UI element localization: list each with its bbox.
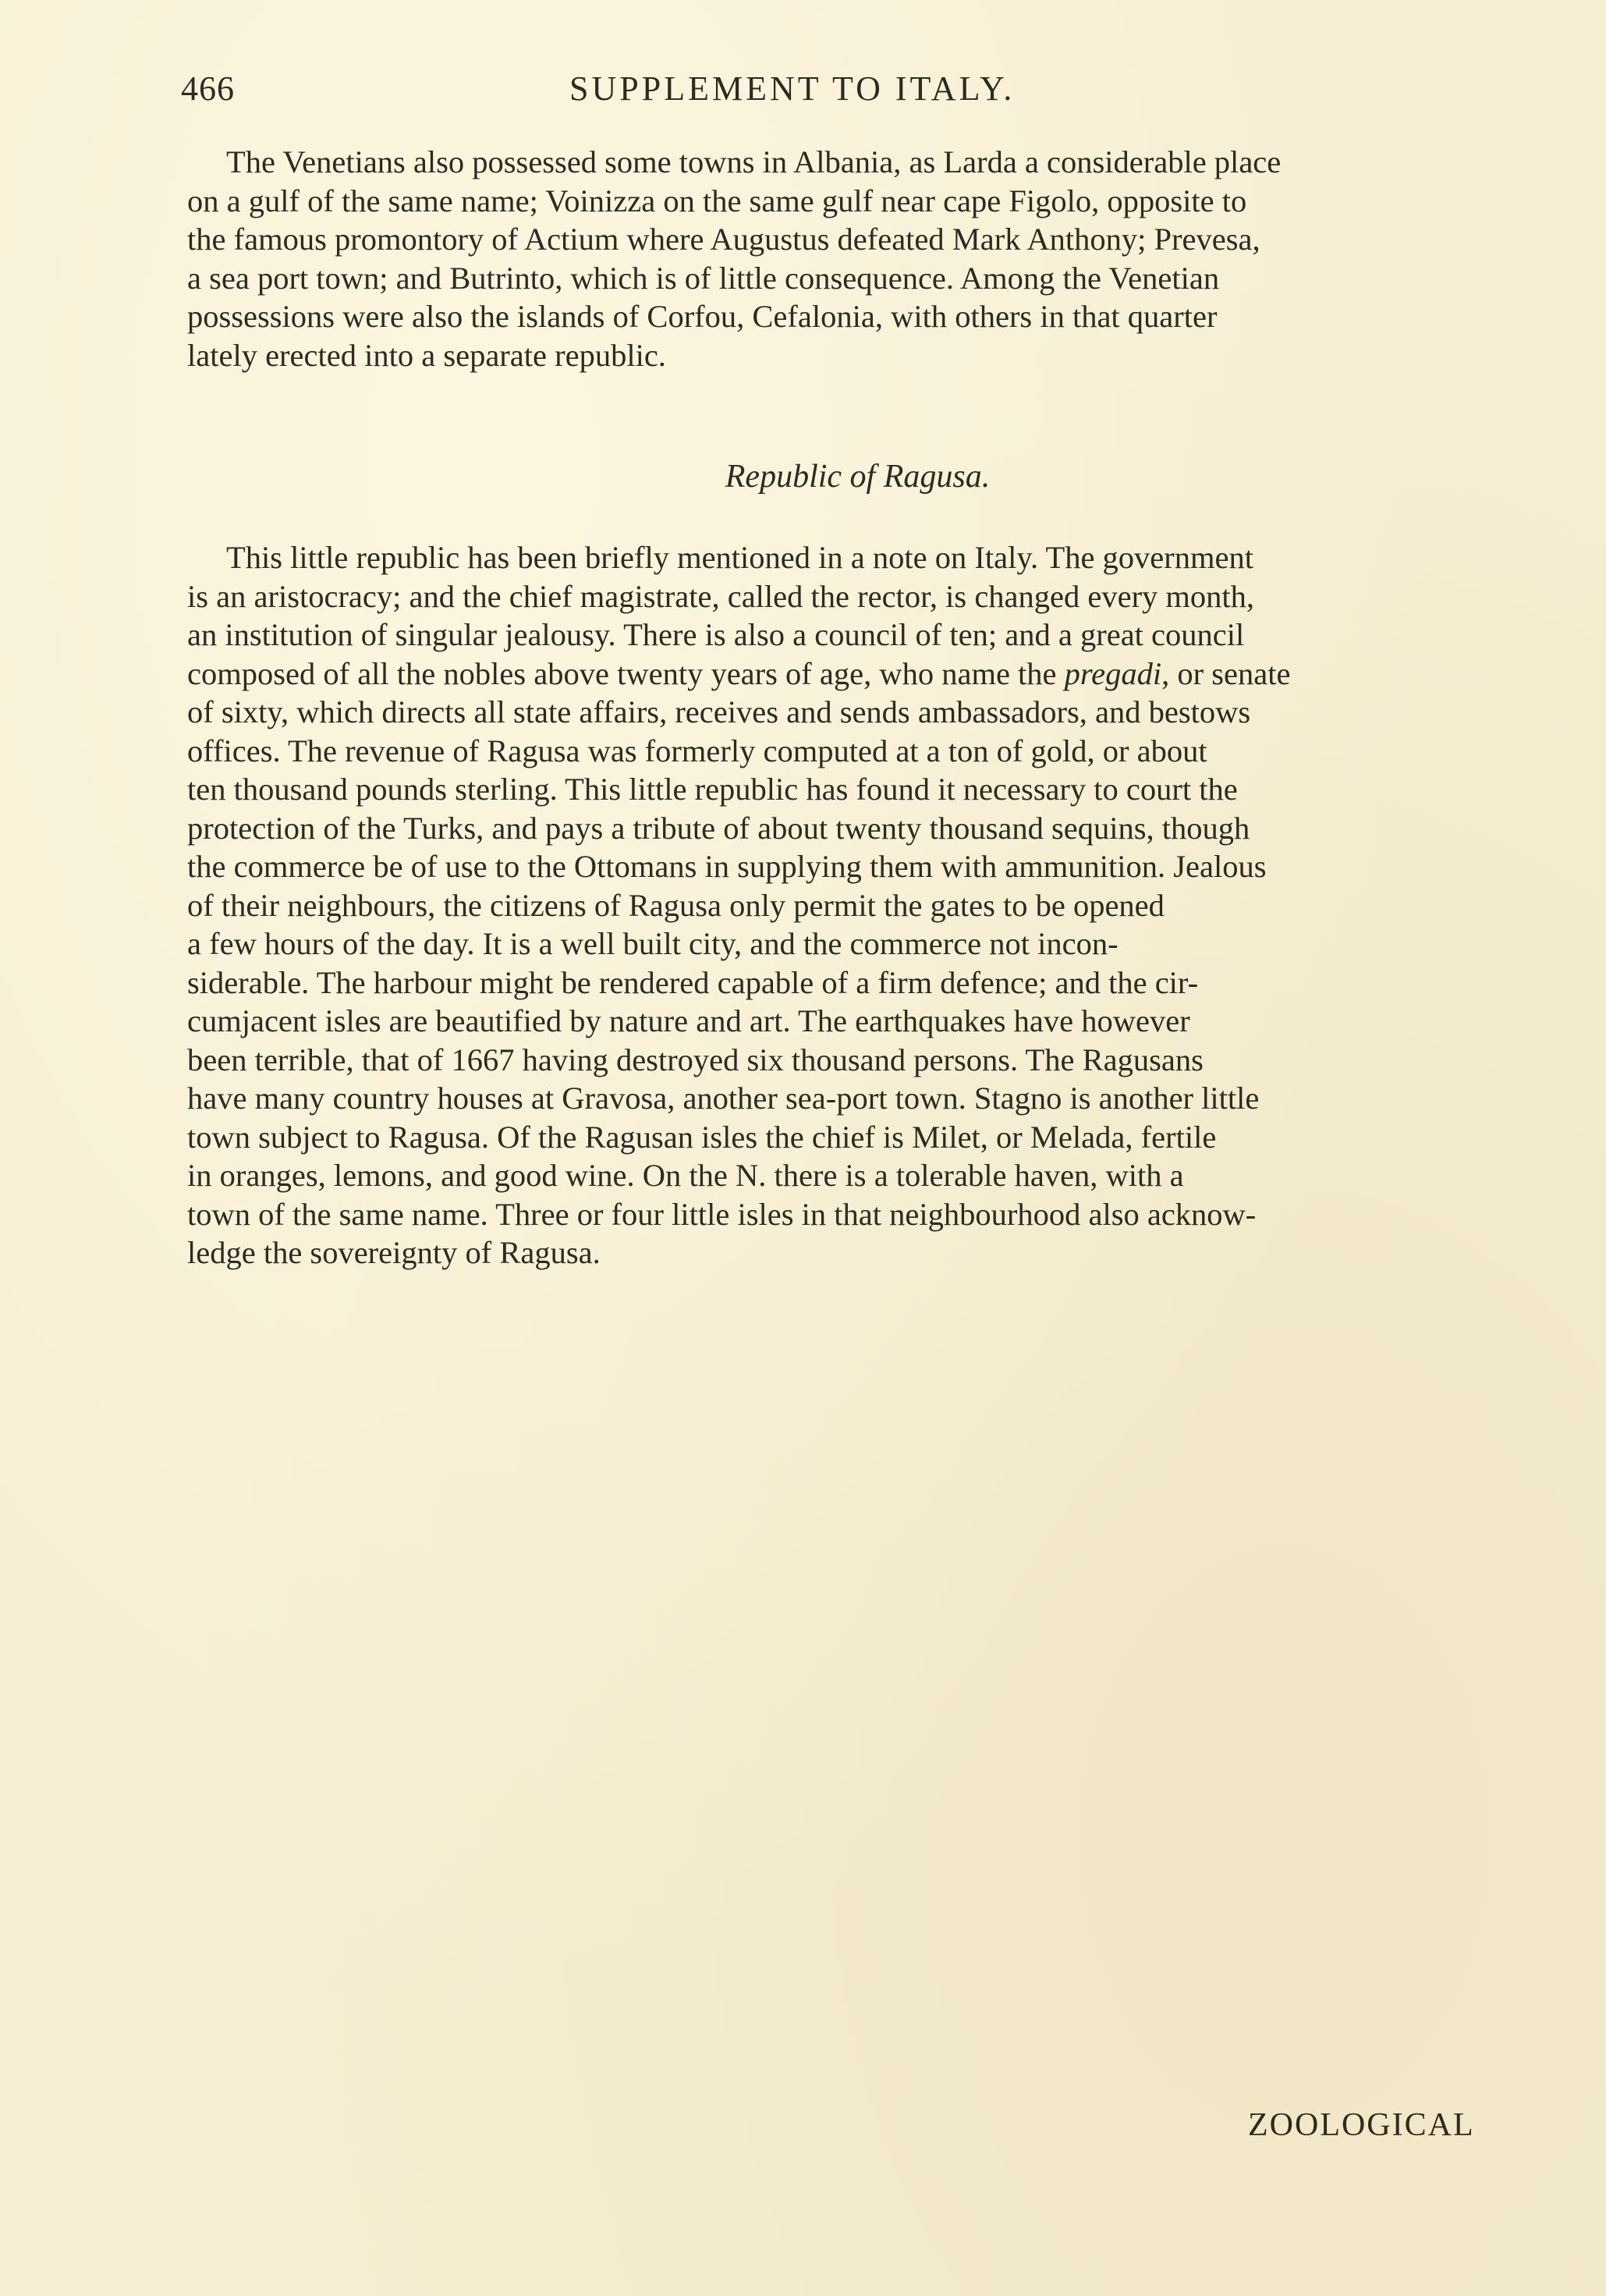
book-page: 466 SUPPLEMENT TO ITALY. The Venetians a… bbox=[0, 0, 1606, 2296]
text-line: is an aristocracy; and the chief magistr… bbox=[187, 577, 1513, 616]
text-line: have many country houses at Gravosa, ano… bbox=[187, 1079, 1513, 1118]
running-head: 466 SUPPLEMENT TO ITALY. bbox=[181, 69, 1445, 115]
text-line: the famous promontory of Actium where Au… bbox=[187, 220, 1513, 259]
text-line: an institution of singular jealousy. The… bbox=[187, 616, 1513, 655]
paragraph-republic-of-ragusa: This little republic has been briefly me… bbox=[187, 538, 1513, 1272]
text-line: a few hours of the day. It is a well bui… bbox=[187, 924, 1513, 963]
text-line: a sea port town; and Butrinto, which is … bbox=[187, 259, 1513, 298]
text-line: lately erected into a separate republic. bbox=[187, 336, 1513, 375]
italic-term-pregadi: pregadi bbox=[1065, 656, 1162, 691]
running-title: SUPPLEMENT TO ITALY. bbox=[569, 69, 1015, 108]
text-line: offices. The revenue of Ragusa was forme… bbox=[187, 732, 1513, 771]
text-line: the commerce be of use to the Ottomans i… bbox=[187, 847, 1513, 886]
text-line: cumjacent isles are beautified by nature… bbox=[187, 1002, 1513, 1041]
text-line: ten thousand pounds sterling. This littl… bbox=[187, 770, 1513, 809]
text-line: protection of the Turks, and pays a trib… bbox=[187, 809, 1513, 848]
text-segment: , or senate bbox=[1161, 656, 1290, 691]
text-line: been terrible, that of 1667 having destr… bbox=[187, 1041, 1513, 1080]
text-line: This little republic has been briefly me… bbox=[187, 538, 1513, 577]
section-heading: Republic of Ragusa. bbox=[0, 458, 1606, 495]
text-line: The Venetians also possessed some towns … bbox=[187, 143, 1513, 182]
text-line: siderable. The harbour might be rendered… bbox=[187, 963, 1513, 1003]
catchword: ZOOLOGICAL bbox=[1248, 2106, 1475, 2144]
text-line: town subject to Ragusa. Of the Ragusan i… bbox=[187, 1118, 1513, 1157]
text-line: composed of all the nobles above twenty … bbox=[187, 655, 1513, 694]
text-segment: composed of all the nobles above twenty … bbox=[187, 656, 1065, 691]
text-line: of their neighbours, the citizens of Rag… bbox=[187, 886, 1513, 925]
paragraph-venetian-possessions: The Venetians also possessed some towns … bbox=[187, 143, 1513, 374]
text-line: possessions were also the islands of Cor… bbox=[187, 297, 1513, 336]
text-line: in oranges, lemons, and good wine. On th… bbox=[187, 1156, 1513, 1195]
text-line: ledge the sovereignty of Ragusa. bbox=[187, 1233, 1513, 1272]
page-number: 466 bbox=[181, 69, 235, 108]
text-line: town of the same name. Three or four lit… bbox=[187, 1195, 1513, 1234]
text-line: of sixty, which directs all state affair… bbox=[187, 693, 1513, 732]
text-line: on a gulf of the same name; Voinizza on … bbox=[187, 182, 1513, 221]
